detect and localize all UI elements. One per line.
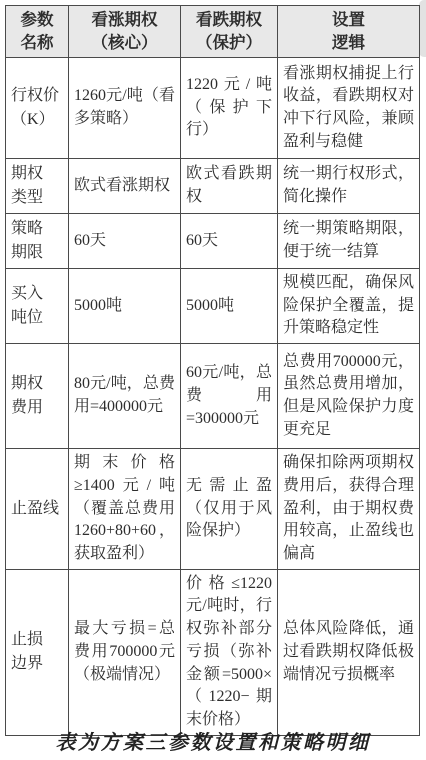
table-caption: 表为方案三参数设置和策略明细 [0, 726, 426, 755]
row-label: 行权价 （K） [6, 58, 69, 159]
header-call-option: 看涨期权 （核心） [69, 6, 181, 58]
put-value: 1220元/吨（保护下行） [181, 58, 278, 159]
row-label: 期权 费用 [6, 344, 69, 449]
call-value: 1260元/吨（看多策略） [69, 58, 181, 159]
put-value: 60天 [181, 214, 278, 269]
put-value: 欧式看跌期权 [181, 159, 278, 214]
call-value: 欧式看涨期权 [69, 159, 181, 214]
logic-text: 规模匹配，确保风险保护全覆盖，提升策略稳定性 [278, 269, 420, 344]
table-row-take-profit-line: 止盈线 期末价格≥1400元/吨（覆盖总费用1260+80+60，获取盈利） 无… [6, 449, 420, 570]
header-parameter-name: 参数 名称 [6, 6, 69, 58]
logic-text: 总费用700000元，虽然总费用增加，但是风险保护力度更充足 [278, 344, 420, 449]
put-value: 5000吨 [181, 269, 278, 344]
table-row-strategy-term: 策略 期限 60天 60天 统一期策略期限，便于统一结算 [6, 214, 420, 269]
table-row-strike-price: 行权价 （K） 1260元/吨（看多策略） 1220元/吨（保护下行） 看涨期权… [6, 58, 420, 159]
page-edge-shadow [419, 0, 426, 57]
put-value: 无需止盈（仅用于风险保护） [181, 449, 278, 570]
row-label: 期权 类型 [6, 159, 69, 214]
option-parameters-table: 参数 名称 看涨期权 （核心） 看跌期权 （保护） 设置 逻辑 行权价 （K） … [5, 5, 420, 736]
logic-text: 看涨期权捕捉上行收益，看跌期权对冲下行风险，兼顾盈利与稳健 [278, 58, 420, 159]
header-setting-logic: 设置 逻辑 [278, 6, 420, 58]
call-value: 期末价格≥1400元/吨（覆盖总费用1260+80+60，获取盈利） [69, 449, 181, 570]
scanned-document-page: 参数 名称 看涨期权 （核心） 看跌期权 （保护） 设置 逻辑 行权价 （K） … [0, 0, 426, 760]
call-value: 最大亏损=总费用700000元（极端情况） [69, 569, 181, 735]
logic-text: 统一期行权形式，简化操作 [278, 159, 420, 214]
table-row-option-type: 期权 类型 欧式看涨期权 欧式看跌期权 统一期行权形式，简化操作 [6, 159, 420, 214]
row-label: 买入 吨位 [6, 269, 69, 344]
logic-text: 总体风险降低，通过看跌期权降低极端情况亏损概率 [278, 569, 420, 735]
row-label: 止盈线 [6, 449, 69, 570]
logic-text: 统一期策略期限，便于统一结算 [278, 214, 420, 269]
call-value: 60天 [69, 214, 181, 269]
call-value: 5000吨 [69, 269, 181, 344]
header-put-option: 看跌期权 （保护） [181, 6, 278, 58]
logic-text: 确保扣除两项期权费用后，获得合理盈利，由于期权费用较高，止盈线也偏高 [278, 449, 420, 570]
put-value: 价格≤1220元/吨时，行权弥补部分亏损（弥补金额=5000×（1220−期末价… [181, 569, 278, 735]
table-row-option-premium: 期权 费用 80元/吨，总费用=400000元 60元/吨，总费用=300000… [6, 344, 420, 449]
put-value: 60元/吨，总费用=300000元 [181, 344, 278, 449]
row-label: 策略 期限 [6, 214, 69, 269]
table-row-tonnage: 买入 吨位 5000吨 5000吨 规模匹配，确保风险保护全覆盖，提升策略稳定性 [6, 269, 420, 344]
table-header-row: 参数 名称 看涨期权 （核心） 看跌期权 （保护） 设置 逻辑 [6, 6, 420, 58]
row-label: 止损 边界 [6, 569, 69, 735]
table-row-stop-loss-boundary: 止损 边界 最大亏损=总费用700000元（极端情况） 价格≤1220元/吨时，… [6, 569, 420, 735]
call-value: 80元/吨，总费用=400000元 [69, 344, 181, 449]
